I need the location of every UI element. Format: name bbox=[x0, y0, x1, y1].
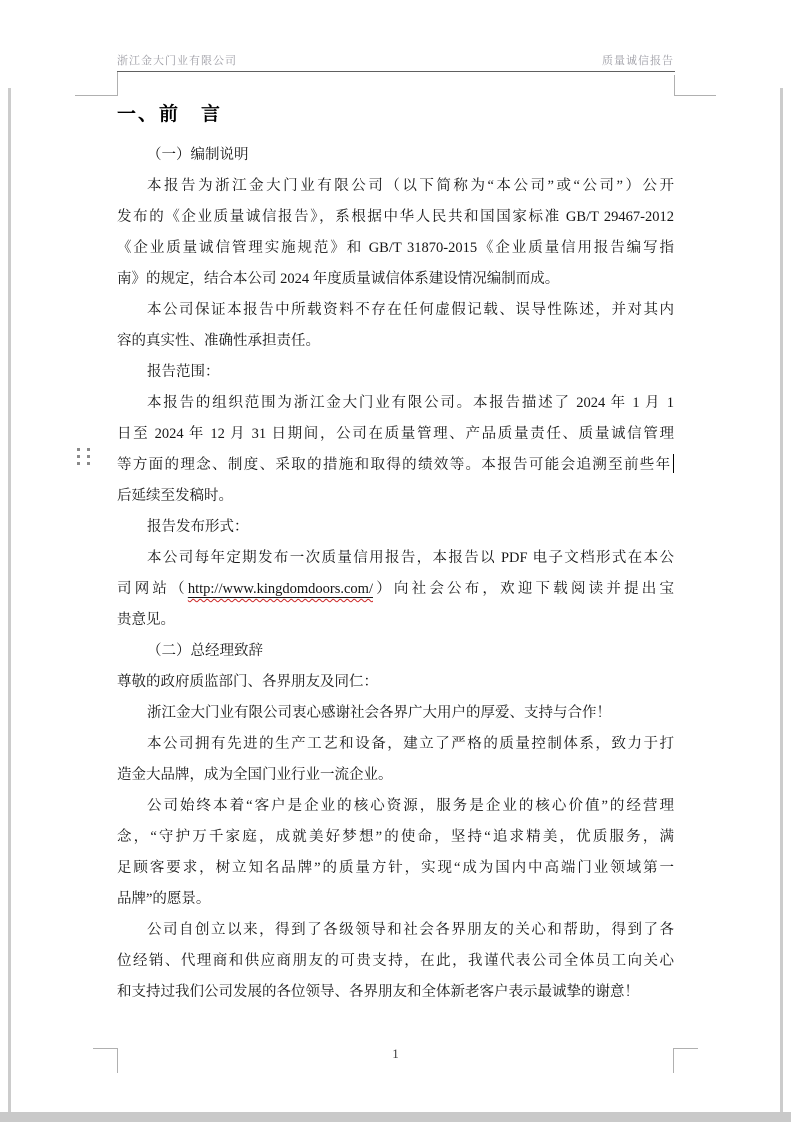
text-line: 报告范围： bbox=[117, 357, 674, 388]
document-body: （一）编制说明本报告为浙江金大门业有限公司（以下简称为“本公司”或“公司”）公开… bbox=[117, 140, 674, 1008]
crop-mark-top-right bbox=[674, 75, 716, 96]
object-anchor-dots-icon[interactable] bbox=[77, 448, 90, 465]
text-line: 公司始终本着“客户是企业的核心资源，服务是企业的核心价值”的经营理 bbox=[117, 791, 674, 822]
header-rule bbox=[117, 71, 675, 72]
text-line: 本公司拥有先进的生产工艺和设备，建立了严格的质量控制体系，致力于打 bbox=[117, 729, 674, 760]
text-line: 后延续至发稿时。 bbox=[117, 481, 674, 512]
text-cursor bbox=[673, 454, 675, 473]
section-title: 一、前 言 bbox=[117, 100, 674, 130]
paragraph: 本公司拥有先进的生产工艺和设备，建立了严格的质量控制体系，致力于打造金大品牌，成… bbox=[117, 729, 674, 791]
page-number: 1 bbox=[0, 1046, 791, 1062]
text-line: 本报告的组织范围为浙江金大门业有限公司。本报告描述了 2024 年 1 月 1 bbox=[117, 388, 674, 419]
crop-mark-top-left bbox=[75, 72, 118, 96]
text-segment: ）向社会公布，欢迎下载阅读并提出宝 bbox=[373, 581, 674, 597]
text-line: 司网站（http://www.kingdomdoors.com/）向社会公布，欢… bbox=[117, 574, 674, 605]
paragraph: （二）总经理致辞 bbox=[117, 636, 674, 667]
text-segment: 司网站（ bbox=[117, 581, 188, 597]
text-line: 本公司每年定期发布一次质量信用报告，本报告以 PDF 电子文档形式在本公 bbox=[117, 543, 674, 574]
text-line: 品牌”的愿景。 bbox=[117, 884, 674, 915]
page-edge-bottom bbox=[0, 1112, 791, 1122]
text-line: 贵意见。 bbox=[117, 605, 674, 636]
url-link[interactable]: http://www.kingdomdoors.com/ bbox=[188, 581, 373, 597]
text-line: 等方面的理念、制度、采取的措施和取得的绩效等。本报告可能会追溯至前些年 bbox=[117, 450, 674, 481]
paragraph: 公司自创立以来，得到了各级领导和社会各界朋友的关心和帮助，得到了各位经销、代理商… bbox=[117, 915, 674, 1008]
paragraph: 报告发布形式： bbox=[117, 512, 674, 543]
text-line: （一）编制说明 bbox=[117, 140, 674, 171]
paragraph: 浙江金大门业有限公司衷心感谢社会各界广大用户的厚爱、支持与合作！ bbox=[117, 698, 674, 729]
paragraph: 公司始终本着“客户是企业的核心资源，服务是企业的核心价值”的经营理念，“守护万千… bbox=[117, 791, 674, 915]
text-line: 和支持过我们公司发展的各位领导、各界朋友和全体新老客户表示最诚挚的谢意！ bbox=[117, 977, 674, 1008]
paragraph: 尊敬的政府质监部门、各界朋友及同仁： bbox=[117, 667, 674, 698]
header-report-title: 质量诚信报告 bbox=[602, 52, 674, 68]
paragraph: 本公司保证本报告中所载资料不存在任何虚假记载、误导性陈述，并对其内容的真实性、准… bbox=[117, 295, 674, 357]
text-line: 尊敬的政府质监部门、各界朋友及同仁： bbox=[117, 667, 674, 698]
text-line: （二）总经理致辞 bbox=[117, 636, 674, 667]
spellcheck-underline: http://www.kingdomdoors.com/ bbox=[188, 581, 373, 597]
document-page: 浙江金大门业有限公司 质量诚信报告 一、前 言 （一）编制说明本报告为浙江金大门… bbox=[0, 0, 791, 1122]
text-line: 本报告为浙江金大门业有限公司（以下简称为“本公司”或“公司”）公开 bbox=[117, 171, 674, 202]
paragraph: 报告范围： bbox=[117, 357, 674, 388]
text-line: 报告发布形式： bbox=[117, 512, 674, 543]
text-line: 本公司保证本报告中所载资料不存在任何虚假记载、误导性陈述，并对其内 bbox=[117, 295, 674, 326]
text-line: 《企业质量诚信管理实施规范》和 GB/T 31870-2015《企业质量信用报告… bbox=[117, 233, 674, 264]
text-line: 公司自创立以来，得到了各级领导和社会各界朋友的关心和帮助，得到了各 bbox=[117, 915, 674, 946]
text-line: 位经销、代理商和供应商朋友的可贵支持，在此，我谨代表公司全体员工向关心 bbox=[117, 946, 674, 977]
text-line: 容的真实性、准确性承担责任。 bbox=[117, 326, 674, 357]
paragraph: 本公司每年定期发布一次质量信用报告，本报告以 PDF 电子文档形式在本公司网站（… bbox=[117, 543, 674, 636]
paragraph: 本报告为浙江金大门业有限公司（以下简称为“本公司”或“公司”）公开发布的《企业质… bbox=[117, 171, 674, 295]
page-header: 浙江金大门业有限公司 质量诚信报告 bbox=[117, 52, 674, 68]
text-line: 南》的规定，结合本公司 2024 年度质量诚信体系建设情况编制而成。 bbox=[117, 264, 674, 295]
header-company-name: 浙江金大门业有限公司 bbox=[117, 52, 237, 68]
text-line: 发布的《企业质量诚信报告》，系根据中华人民共和国国家标准 GB/T 29467-… bbox=[117, 202, 674, 233]
text-line: 浙江金大门业有限公司衷心感谢社会各界广大用户的厚爱、支持与合作！ bbox=[117, 698, 674, 729]
text-line: 造金大品牌，成为全国门业行业一流企业。 bbox=[117, 760, 674, 791]
text-line: 念，“守护万千家庭，成就美好梦想”的使命，坚持“追求精美，优质服务，满 bbox=[117, 822, 674, 853]
text-line: 足顾客要求，树立知名品牌”的质量方针，实现“成为国内中高端门业领域第一 bbox=[117, 853, 674, 884]
paragraph: 本报告的组织范围为浙江金大门业有限公司。本报告描述了 2024 年 1 月 1日… bbox=[117, 388, 674, 512]
paragraph: （一）编制说明 bbox=[117, 140, 674, 171]
text-line: 日至 2024 年 12 月 31 日期间，公司在质量管理、产品质量责任、质量诚… bbox=[117, 419, 674, 450]
page-edge-left bbox=[8, 88, 11, 1122]
document-content: 一、前 言 （一）编制说明本报告为浙江金大门业有限公司（以下简称为“本公司”或“… bbox=[117, 100, 674, 1008]
page-edge-right bbox=[780, 88, 783, 1122]
